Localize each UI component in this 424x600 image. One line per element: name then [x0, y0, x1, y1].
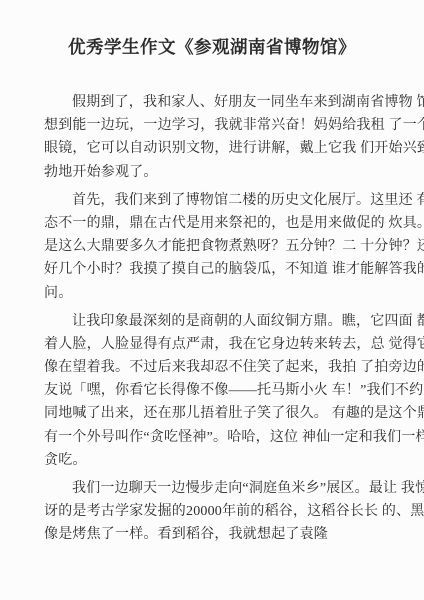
essay-title: 优秀学生作文《参观湖南省博物馆》 — [0, 0, 424, 60]
essay-paragraph: 让我印象最深刻的是商朝的人面纹铜方鼎。瞧，它四面 都刻着人脸，人脸显得有点严肃，… — [44, 310, 390, 472]
essay-line: 像在望着我。不过后来我却忍不住笑了起来，我拍 了拍旁边的朋 — [44, 356, 390, 379]
essay-line: 贪吃。 — [44, 449, 390, 472]
essay-line: 让我印象最深刻的是商朝的人面纹铜方鼎。瞧，它四面 都刻 — [44, 310, 390, 333]
essay-line: 好几个小时？我摸了摸自己的脑袋瓜，不知道 谁才能解答我的疑 — [44, 258, 390, 281]
essay-line: 友说「嘿，你看它长得像不像——托马斯小火 车！”我们不约而 — [44, 379, 390, 402]
essay-line: 首先，我们来到了博物馆二楼的历史文化展厅。这里还 有形 — [44, 189, 390, 212]
essay-line: 我们一边聊天一边慢步走向“洞庭鱼米乡”展区。最让 我惊 — [44, 477, 390, 500]
essay-paragraph: 首先，我们来到了博物馆二楼的历史文化展厅。这里还 有形态不一的鼎，鼎在古代是用来… — [44, 189, 390, 305]
document-page: 优秀学生作文《参观湖南省博物馆》 假期到了，我和家人、好朋友一同坐车来到湖南省博… — [0, 0, 424, 600]
essay-line: 假期到了，我和家人、好朋友一同坐车来到湖南省博物 馆， — [44, 91, 390, 114]
essay-line: 勃地开始参观了。 — [44, 161, 390, 184]
essay-body: 假期到了，我和家人、好朋友一同坐车来到湖南省博物 馆，想到能一边玩，一边学习，我… — [0, 91, 424, 547]
essay-paragraph: 我们一边聊天一边慢步走向“洞庭鱼米乡”展区。最让 我惊讶的是考古学家发掘的200… — [44, 477, 390, 547]
essay-line: 想到能一边玩，一边学习，我就非常兴奋！妈妈给我租 了一个AR — [44, 114, 390, 137]
essay-line: 有一个外号叫作“贪吃怪神”。哈哈，这位 神仙一定和我们一样 — [44, 426, 390, 449]
essay-line: 是这么大鼎要多久才能把食物煮熟呀？五分钟？二 十分钟？还是 — [44, 235, 390, 258]
essay-paragraph: 假期到了，我和家人、好朋友一同坐车来到湖南省博物 馆，想到能一边玩，一边学习，我… — [44, 91, 390, 184]
essay-line: 着人脸，人脸显得有点严肃，我在它身边转来转去，总 觉得它好 — [44, 333, 390, 356]
essay-line: 同地喊了出来，还在那儿捂着肚子笑了很久。 有趣的是这个鼎还 — [44, 402, 390, 425]
essay-line: 像是烤焦了一样。看到稻谷，我就想起了袁隆 — [44, 523, 390, 546]
essay-line: 眼镜，它可以自动识别文物，进行讲解，戴上它我 们开始兴致勃 — [44, 137, 390, 160]
essay-line: 态不一的鼎，鼎在古代是用来祭祀的，也是用来做促的 炊具。可 — [44, 212, 390, 235]
essay-line: 讶的是考古学家发掘的20000年前的稻谷，这稻谷长长 的、黑黑的， — [44, 500, 390, 523]
essay-line: 问。 — [44, 282, 390, 305]
